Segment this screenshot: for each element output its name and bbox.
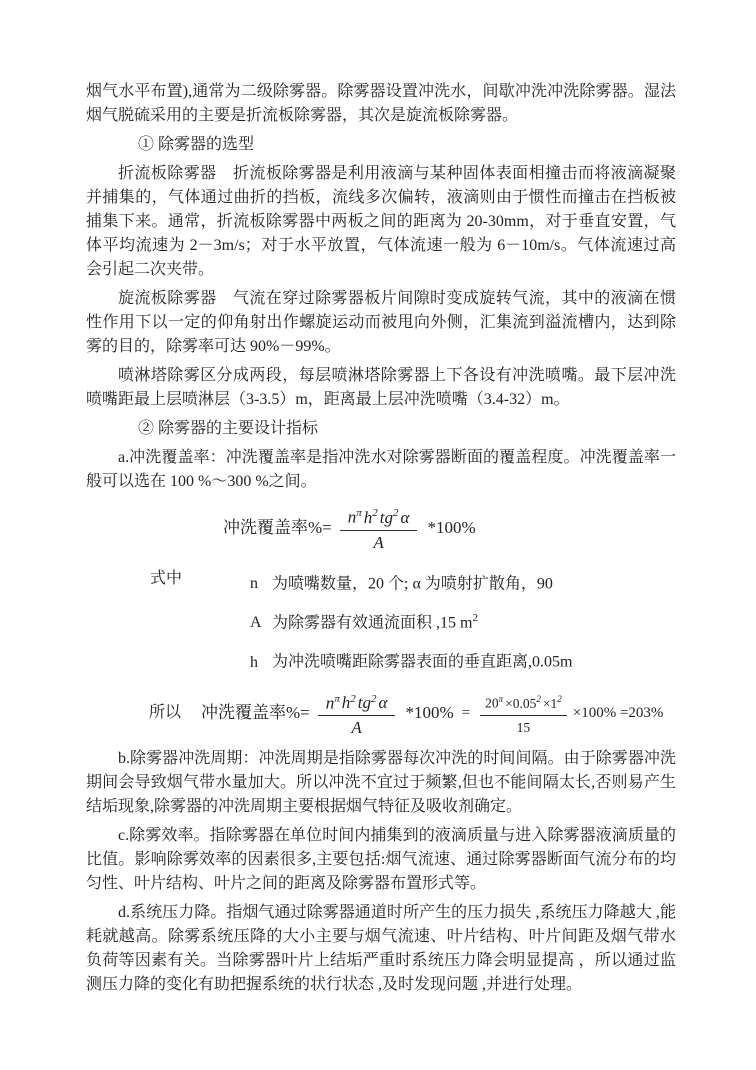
num-20: 20 (485, 696, 499, 711)
where-definitions: 式中 n为喷嘴数量，20 个; α 为喷射扩散角，90 A为除雾器有效通流面积 … (150, 562, 676, 680)
where-text-A: 为除雾器有效通流面积 ,15 m (272, 614, 472, 631)
paragraph-swirl-demister: 旋流板除雾器 气流在穿过除雾器板片间隙时变成旋转气流，其中的液滴在惯性作用下以一… (86, 287, 676, 359)
var-tg: tg (358, 693, 371, 712)
section-heading-selection: ① 除雾器的选型 (86, 133, 676, 157)
sup-2: 2 (557, 694, 562, 704)
paragraph-flush-cycle: b.除雾器冲洗周期：冲洗周期是指除雾器每次冲洗的时间间隔。由于除雾器冲洗期间会导… (86, 747, 676, 819)
formula-so-prefix: 所以 (149, 703, 181, 723)
sup-2: 2 (393, 507, 399, 519)
paragraph-spray-tower: 喷淋塔除雾区分成两段，每层喷淋塔除雾器上下各设有冲洗喷嘴。最下层冲洗喷嘴距最上层… (86, 364, 676, 412)
fraction-numerator: nπh2tg2α (318, 689, 396, 717)
sup-2: 2 (350, 693, 356, 705)
formula-lhs: 冲洗覆盖率%= (201, 703, 310, 723)
fraction-numerator: 20π×0.052×12 (480, 689, 567, 716)
var-A: A (351, 718, 361, 737)
formula-lhs: 冲洗覆盖率%= (223, 518, 332, 538)
var-alpha: α (379, 693, 388, 712)
where-text-n: 为喷嘴数量，20 个; α 为喷射扩散角，90 (272, 575, 553, 592)
sup-pi: π (334, 693, 340, 705)
where-lines: n为喷嘴数量，20 个; α 为喷射扩散角，90 A为除雾器有效通流面积 ,15… (250, 562, 676, 680)
var-h: h (364, 508, 373, 527)
document-page: 烟气水平布置),通常为二级除雾器。除雾器设置冲洗水，间歇冲洗冲洗除雾器。湿法烟气… (0, 0, 756, 1070)
fraction-numerator: nπh2tg2α (340, 503, 418, 531)
paragraph-flush-coverage: a.冲洗覆盖率：冲洗覆盖率是指冲洗水对除雾器断面的覆盖程度。冲洗覆盖率一般可以选… (86, 446, 676, 494)
symbol-h: h (250, 646, 272, 680)
paragraph-baffle-demister: 折流板除雾器 折流板除雾器是利用液滴与某种固体表面相撞击而将液滴凝聚并捕集的，气… (86, 162, 676, 282)
var-n: n (348, 508, 357, 527)
symbol-n: n (250, 567, 272, 601)
var-n: n (326, 693, 335, 712)
var-tg: tg (380, 508, 393, 527)
where-text-h: 为冲洗喷嘴距除雾器表面的垂直距离,0.05m (272, 654, 572, 671)
equals-sign: = (462, 703, 470, 723)
fraction-denominator: A (373, 531, 383, 553)
sup-2: 2 (536, 694, 541, 704)
formula-mult: *100% (427, 518, 475, 538)
var-A: A (373, 533, 383, 552)
paragraph-pressure-drop: d.系统压力降。指烟气通过除雾器通道时所产生的压力损失 ,系统压力降越大 ,能耗… (86, 901, 676, 997)
sup-2: 2 (372, 507, 378, 519)
where-label: 式中 (150, 562, 250, 596)
formula-result: ×100% =203% (573, 703, 664, 723)
where-line-A: A为除雾器有效通流面积 ,15 m2 (250, 601, 676, 640)
where-sup-A: 2 (472, 612, 478, 624)
formula-coverage-definition: 冲洗覆盖率%= nπh2tg2α A *100% (223, 503, 676, 553)
where-line-n: n为喷嘴数量，20 个; α 为喷射扩散角，90 (250, 562, 676, 601)
var-alpha: α (401, 508, 410, 527)
num-15: 15 (517, 720, 531, 735)
sup-2: 2 (371, 693, 377, 705)
where-line-h: h为冲洗喷嘴距除雾器表面的垂直距离,0.05m (250, 640, 676, 679)
section-heading-design-indicators: ② 除雾器的主要设计指标 (86, 417, 676, 441)
var-h: h (342, 693, 351, 712)
fraction-denominator: A (351, 716, 361, 738)
fraction-denominator: 15 (517, 716, 531, 738)
paragraph-intro: 烟气水平布置),通常为二级除雾器。除雾器设置冲洗水，间歇冲洗冲洗除雾器。湿法烟气… (86, 80, 676, 128)
fraction-numeric: 20π×0.052×12 15 (480, 689, 567, 738)
num-005: ×0.05 (505, 696, 536, 711)
paragraph-demist-efficiency: c.除雾效率。指除雾器在单位时间内捕集到的液滴质量与进入除雾器液滴质量的比值。影… (86, 824, 676, 896)
formula-mult: *100% (405, 703, 453, 723)
num-1: ×1 (543, 696, 557, 711)
symbol-A: A (250, 606, 272, 640)
formula-coverage-evaluation: 所以 冲洗覆盖率%= nπh2tg2α A *100% = 20π×0.052×… (149, 689, 676, 739)
sup-pi: π (499, 694, 504, 704)
sup-pi: π (356, 507, 362, 519)
fraction-coverage: nπh2tg2α A (340, 503, 418, 553)
fraction-coverage: nπh2tg2α A (318, 689, 396, 739)
